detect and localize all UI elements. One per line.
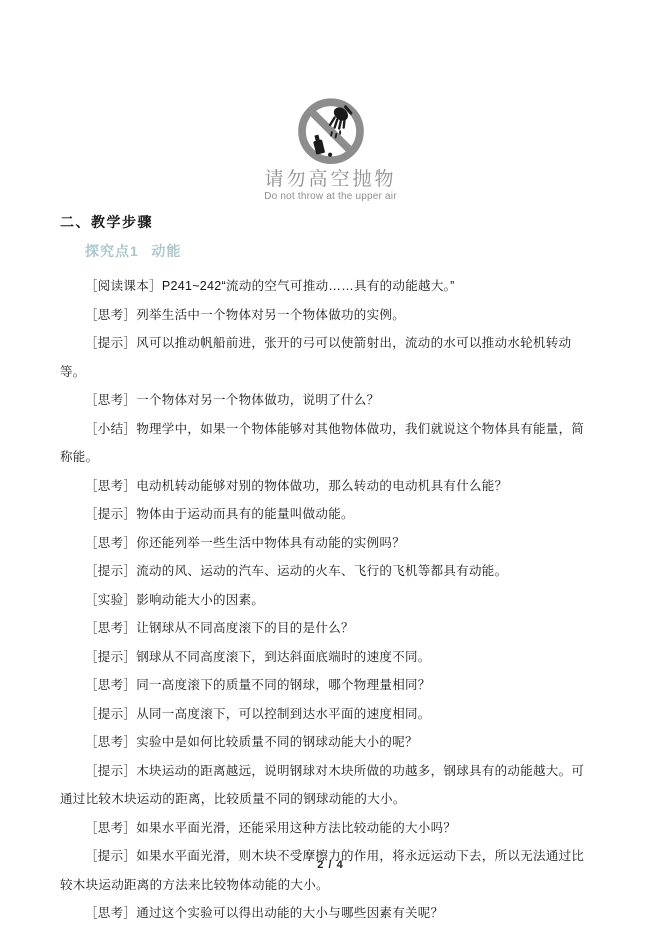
document-page: 请勿高空抛物 Do not throw at the upper air 二、教… xyxy=(0,0,661,935)
paragraph: ［阅读课本］P241~242“流动的空气可推动……具有的动能越大。” xyxy=(60,272,591,301)
paragraph-text: 流动的风、运动的汽车、运动的火车、飞行的飞机等都具有动能。 xyxy=(136,564,507,578)
explore-point-label: 探究点1 xyxy=(85,243,139,259)
paragraph: ［提示］钢球从不同高度滚下，到达斜面底端时的速度不同。 xyxy=(60,643,591,672)
paragraph-text: 列举生活中一个物体对另一个物体做功的实例。 xyxy=(136,308,405,322)
paragraph-tag: ［思考］ xyxy=(85,678,136,692)
page-number: 2 / 4 xyxy=(0,859,661,871)
paragraph-tag: ［思考］ xyxy=(85,906,136,920)
section-heading: 二、教学步骤 xyxy=(60,213,591,232)
paragraph-text: 一个物体对另一个物体做功，说明了什么？ xyxy=(136,393,379,407)
paragraph: ［小结］物理学中，如果一个物体能够对其他物体做功，我们就说这个物体具有能量，简称… xyxy=(60,415,591,472)
paragraph-text: 你还能列举一些生活中物体具有动能的实例吗？ xyxy=(136,536,405,550)
paragraph-tag: ［提示］ xyxy=(85,336,136,350)
paragraph-text: 影响动能大小的因素。 xyxy=(136,593,264,607)
paragraph: ［思考］同一高度滚下的质量不同的钢球，哪个物理量相同？ xyxy=(60,671,591,700)
paragraph-text: 从同一高度滚下，可以控制到达水平面的速度相同。 xyxy=(136,707,430,721)
paragraph-text: 风可以推动帆船前进，张开的弓可以使箭射出，流动的水可以推动水轮机转动等。 xyxy=(60,336,571,379)
paragraph-tag: ［阅读课本］ xyxy=(85,279,162,293)
paragraph: ［提示］从同一高度滚下，可以控制到达水平面的速度相同。 xyxy=(60,700,591,729)
paragraph-tag: ［思考］ xyxy=(85,308,136,322)
paragraph: ［思考］列举生活中一个物体对另一个物体做功的实例。 xyxy=(60,301,591,330)
paragraph-tag: ［思考］ xyxy=(85,393,136,407)
paragraph-tag: ［提示］ xyxy=(85,507,136,521)
paragraph-tag: ［提示］ xyxy=(85,564,136,578)
paragraph-tag: ［思考］ xyxy=(85,735,136,749)
paragraph-text: P241~242“流动的空气可推动……具有的动能越大。” xyxy=(162,279,455,293)
no-throwing-sign-icon xyxy=(290,95,372,171)
paragraph-tag: ［思考］ xyxy=(85,821,136,835)
paragraph-text: 物理学中，如果一个物体能够对其他物体做功，我们就说这个物体具有能量，简称能。 xyxy=(60,422,584,465)
paragraph-tag: ［实验］ xyxy=(85,593,136,607)
explore-point-name: 动能 xyxy=(151,243,181,259)
paragraph: ［提示］流动的风、运动的汽车、运动的火车、飞行的飞机等都具有动能。 xyxy=(60,557,591,586)
paragraph-text: 通过这个实验可以得出动能的大小与哪些因素有关呢？ xyxy=(136,906,443,920)
paragraph: ［思考］如果水平面光滑，还能采用这种方法比较动能的大小吗？ xyxy=(60,814,591,843)
paragraph-tag: ［提示］ xyxy=(85,650,136,664)
paragraph-text: 木块运动的距离越远，说明钢球对木块所做的功越多，钢球具有的动能越大。可通过比较木… xyxy=(60,764,584,807)
paragraph: ［思考］让钢球从不同高度滚下的目的是什么？ xyxy=(60,614,591,643)
paragraph-text: 钢球从不同高度滚下，到达斜面底端时的速度不同。 xyxy=(136,650,430,664)
document-content: 二、教学步骤 探究点1动能 ［阅读课本］P241~242“流动的空气可推动……具… xyxy=(60,213,591,928)
paragraph: ［提示］木块运动的距离越远，说明钢球对木块所做的功越多，钢球具有的动能越大。可通… xyxy=(60,757,591,814)
paragraph-text: 如果水平面光滑，还能采用这种方法比较动能的大小吗？ xyxy=(136,821,456,835)
watermark: 请勿高空抛物 Do not throw at the upper air xyxy=(0,95,661,203)
paragraph-tag: ［思考］ xyxy=(85,536,136,550)
explore-point-heading: 探究点1动能 xyxy=(85,242,591,261)
paragraph: ［提示］物体由于运动而具有的能量叫做动能。 xyxy=(60,500,591,529)
paragraph: ［思考］一个物体对另一个物体做功，说明了什么？ xyxy=(60,386,591,415)
paragraph: ［实验］影响动能大小的因素。 xyxy=(60,586,591,615)
paragraph-text: 同一高度滚下的质量不同的钢球，哪个物理量相同？ xyxy=(136,678,430,692)
paragraph-text: 让钢球从不同高度滚下的目的是什么？ xyxy=(136,621,354,635)
paragraph: ［思考］实验中是如何比较质量不同的钢球动能大小的呢？ xyxy=(60,728,591,757)
paragraph: ［思考］你还能列举一些生活中物体具有动能的实例吗？ xyxy=(60,529,591,558)
paragraph-list: ［阅读课本］P241~242“流动的空气可推动……具有的动能越大。”［思考］列举… xyxy=(60,272,591,928)
watermark-title: 请勿高空抛物 xyxy=(0,169,661,191)
paragraph: ［思考］通过这个实验可以得出动能的大小与哪些因素有关呢？ xyxy=(60,899,591,928)
watermark-subtitle: Do not throw at the upper air xyxy=(0,191,661,203)
paragraph-text: 实验中是如何比较质量不同的钢球动能大小的呢？ xyxy=(136,735,418,749)
paragraph-tag: ［思考］ xyxy=(85,621,136,635)
paragraph-tag: ［提示］ xyxy=(85,707,136,721)
paragraph-tag: ［提示］ xyxy=(85,764,136,778)
paragraph: ［提示］风可以推动帆船前进，张开的弓可以使箭射出，流动的水可以推动水轮机转动等。 xyxy=(60,329,591,386)
paragraph-text: 电动机转动能够对别的物体做功，那么转动的电动机具有什么能？ xyxy=(136,479,507,493)
paragraph: ［思考］电动机转动能够对别的物体做功，那么转动的电动机具有什么能？ xyxy=(60,472,591,501)
paragraph-text: 物体由于运动而具有的能量叫做动能。 xyxy=(136,507,354,521)
paragraph-tag: ［思考］ xyxy=(85,479,136,493)
paragraph-tag: ［小结］ xyxy=(85,422,136,436)
